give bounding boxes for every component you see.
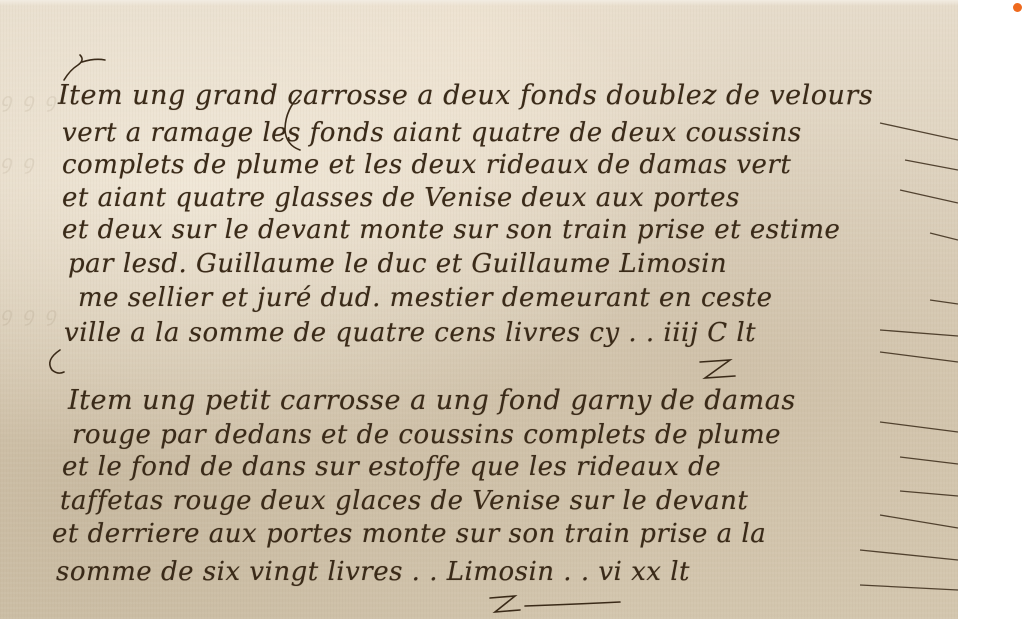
bleed-through-text: ꝯ ꝯ ꝯ	[0, 300, 58, 327]
line-text: me sellier et juré dud. mestier demeuran…	[78, 283, 773, 313]
line-text: somme de six vingt livres . . Limosin . …	[56, 557, 690, 587]
manuscript-line-9: Item ung petit carrosse a ung fond garny…	[68, 385, 796, 416]
line-text: vert a ramage les fonds aiant quatre de …	[62, 118, 802, 148]
line-text: par lesd. Guillaume le duc et Guillaume …	[68, 249, 727, 279]
line-text: et derriere aux portes monte sur son tra…	[52, 519, 766, 549]
manuscript-line-3: complets de plume et les deux rideaux de…	[62, 150, 791, 180]
manuscript-line-14: somme de six vingt livres . . Limosin . …	[56, 557, 690, 587]
manuscript-line-6: par lesd. Guillaume le duc et Guillaume …	[68, 249, 727, 279]
page-top-edge	[0, 0, 958, 6]
manuscript-line-1: Item ung grand carrosse a deux fonds dou…	[58, 80, 873, 111]
manuscript-line-13: et derriere aux portes monte sur son tra…	[52, 519, 766, 549]
viewport: ꝯ ꝯ ꝯ ꝯ ꝯ ꝯ ꝯ ꝯ Item ung gra	[0, 0, 1024, 619]
manuscript-line-4: et aiant quatre glasses de Venise deux a…	[62, 183, 740, 213]
manuscript-line-2: vert a ramage les fonds aiant quatre de …	[62, 118, 802, 148]
manuscript-line-12: taffetas rouge deux glaces de Venise sur…	[60, 486, 748, 516]
line-text: ville a la somme de quatre cens livres c…	[64, 318, 756, 348]
line-text: et aiant quatre glasses de Venise deux a…	[62, 183, 740, 213]
bleed-through-text: ꝯ ꝯ ꝯ	[0, 86, 58, 113]
manuscript-line-8: ville a la somme de quatre cens livres c…	[64, 318, 756, 348]
manuscript-line-11: et le fond de dans sur estoffe que les r…	[62, 452, 721, 482]
manuscript-line-5: et deux sur le devant monte sur son trai…	[62, 215, 840, 245]
line-text: complets de plume et les deux rideaux de…	[62, 150, 791, 180]
line-text: rouge par dedans et de coussins complets…	[72, 420, 781, 450]
line-text: taffetas rouge deux glaces de Venise sur…	[60, 486, 748, 516]
line-text: Item ung petit carrosse a ung fond garny…	[68, 385, 796, 416]
line-text: Item ung grand carrosse a deux fonds dou…	[58, 80, 873, 111]
line-text: et le fond de dans sur estoffe que les r…	[62, 452, 721, 482]
bleed-through-text: ꝯ ꝯ	[0, 148, 36, 175]
status-dot-indicator	[1013, 3, 1022, 12]
manuscript-line-7: me sellier et juré dud. mestier demeuran…	[78, 283, 773, 313]
line-text: et deux sur le devant monte sur son trai…	[62, 215, 840, 245]
manuscript-line-10: rouge par dedans et de coussins complets…	[72, 420, 781, 450]
manuscript-page: ꝯ ꝯ ꝯ ꝯ ꝯ ꝯ ꝯ ꝯ Item ung gra	[0, 0, 958, 619]
